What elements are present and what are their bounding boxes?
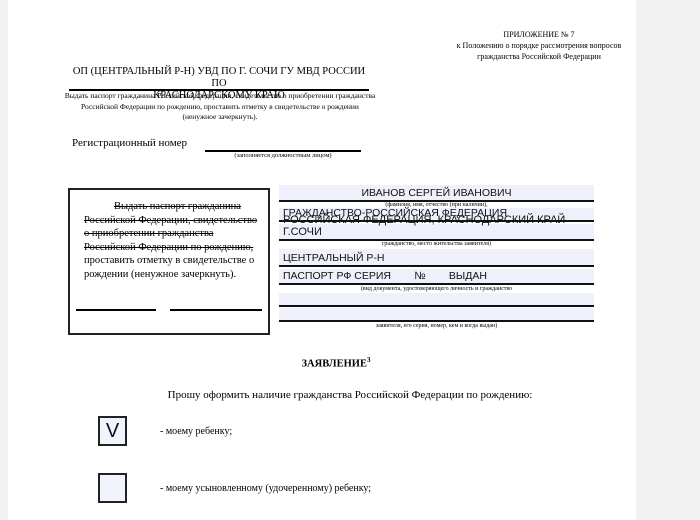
statement-title: ЗАЯВЛЕНИЕ3 [8, 356, 636, 370]
appendix-header: ПРИЛОЖЕНИЕ № 7 к Положению о порядке рас… [414, 29, 664, 62]
resolution-normal-text: проставить отметку в свидетельстве о рож… [84, 255, 254, 280]
identity-document-hint-2: заявителя, его серия, номер, кем и когда… [279, 323, 594, 330]
statement-footnote: 3 [367, 356, 371, 364]
district-field[interactable]: ЦЕНТРАЛЬНЫЙ Р-Н [279, 249, 594, 267]
organization-hint: Выдать паспорт гражданина Российской Фед… [64, 91, 376, 123]
appendix-line-2: гражданства Российской Федерации [414, 51, 664, 62]
registration-number-label: Регистрационный номер [72, 137, 187, 149]
resolution-box: Выдать паспорт гражданина Российской Фед… [68, 188, 270, 335]
option-my-child-checkbox[interactable]: V [98, 416, 127, 446]
option-adopted-child-label: - моему усыновленному (удочеренному) реб… [160, 483, 371, 494]
statement-title-text: ЗАЯВЛЕНИЕ [302, 359, 367, 370]
full-name-field[interactable]: ИВАНОВ СЕРГЕЙ ИВАНОВИЧ [279, 185, 594, 202]
option-my-child-label: - моему ребенку; [160, 426, 232, 437]
signature-line-2[interactable] [170, 309, 262, 311]
organization-name-line-1: ОП (ЦЕНТРАЛЬНЫЙ Р-Н) УВД ПО Г. СОЧИ ГУ М… [69, 66, 369, 90]
resolution-text: Выдать паспорт гражданина Российской Фед… [84, 200, 264, 282]
signature-line-1[interactable] [76, 309, 156, 311]
registration-number-hint: (заполняется должностным лицом) [205, 152, 361, 159]
identity-document-line-2[interactable] [279, 293, 594, 307]
appendix-line-1: к Положению о порядке рассмотрения вопро… [414, 40, 664, 51]
identity-document-hint: (вид документа, удостоверяющего личность… [279, 286, 594, 293]
option-adopted-child-checkbox[interactable] [98, 473, 127, 503]
statement-request: Прошу оформить наличие гражданства Росси… [8, 389, 636, 401]
document-page: ПРИЛОЖЕНИЕ № 7 к Положению о порядке рас… [8, 0, 636, 520]
identity-document-field[interactable]: ПАСПОРТ РФ СЕРИЯ № ВЫДАН [279, 269, 594, 285]
identity-document-line-3[interactable] [279, 308, 594, 322]
residence-field[interactable]: РОССИЙСКАЯ ФЕДЕРАЦИЯ, КРАСНОДАРСКИЙ КРАЙ… [279, 224, 594, 241]
residence-hint: гражданство, место жительства заявителя) [279, 241, 594, 248]
resolution-struck-text: Выдать паспорт гражданина Российской Фед… [84, 201, 257, 253]
appendix-title: ПРИЛОЖЕНИЕ № 7 [414, 29, 664, 40]
